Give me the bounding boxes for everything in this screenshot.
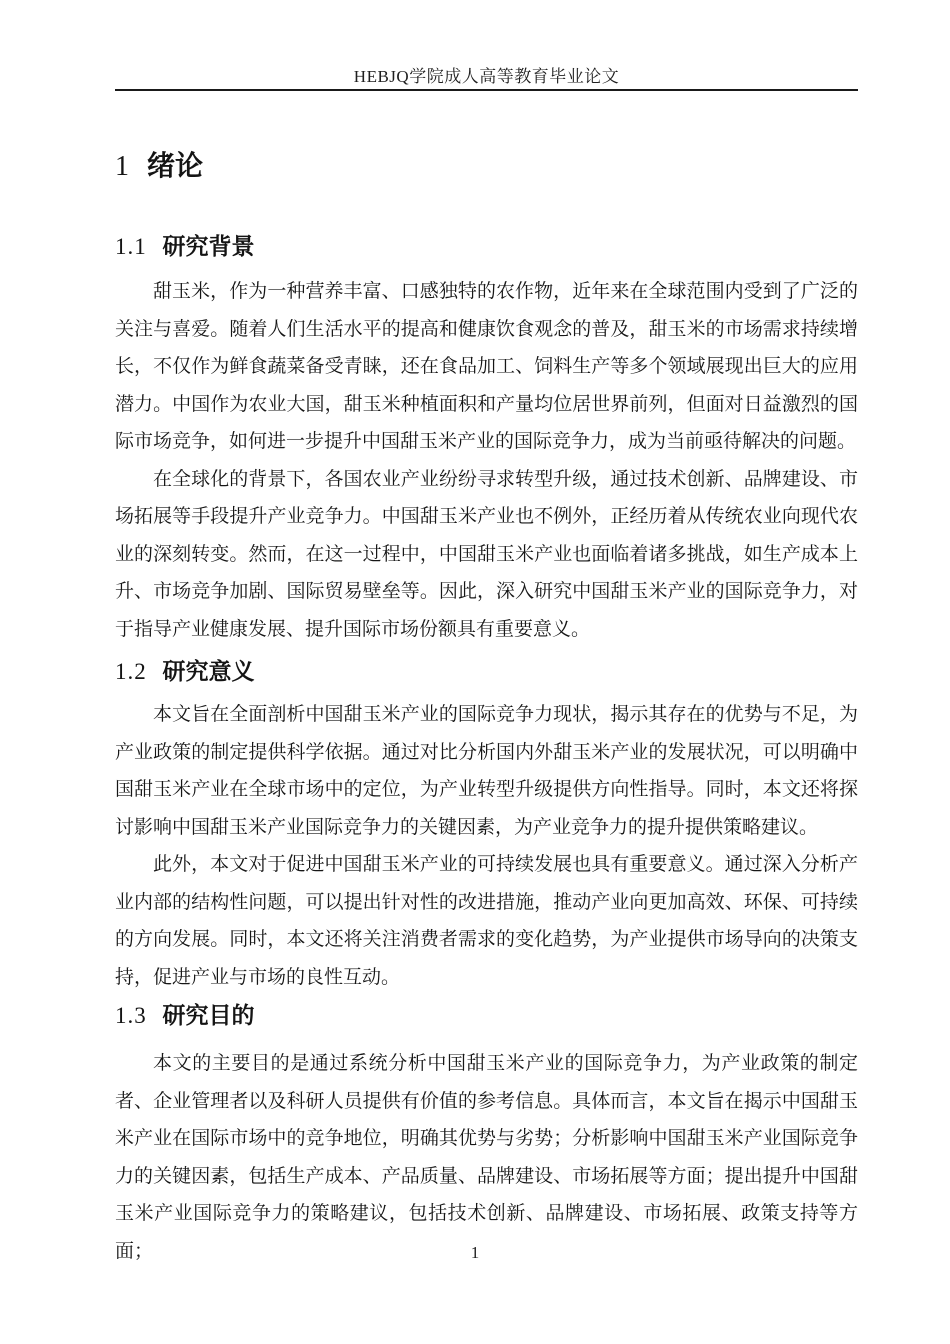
header-title: HEBJQ学院成人高等教育毕业论文 [354,67,619,86]
section-title: 研究背景 [163,233,255,259]
section-heading-research-background: 1.1 研究背景 [115,231,858,262]
page-footer: 1 [0,1243,950,1263]
section-heading-research-purpose: 1.3 研究目的 [115,1000,858,1031]
section-number: 1.3 [115,1003,147,1028]
header-rule [115,89,858,91]
paragraph: 在全球化的背景下，各国农业产业纷纷寻求转型升级，通过技术创新、品牌建设、市场拓展… [115,461,858,649]
chapter-title: 绪论 [147,150,203,181]
section-heading-research-significance: 1.2 研究意义 [115,656,858,687]
paragraph: 本文旨在全面剖析中国甜玉米产业的国际竞争力现状，揭示其存在的优势与不足，为产业政… [115,696,858,846]
chapter-heading: 1 绪论 [115,147,858,186]
paragraph: 此外，本文对于促进中国甜玉米产业的可持续发展也具有重要意义。通过深入分析产业内部… [115,846,858,996]
section-number: 1.2 [115,659,147,684]
page-number: 1 [471,1243,480,1262]
chapter-number: 1 [115,151,130,182]
document-page: HEBJQ学院成人高等教育毕业论文 1 绪论 1.1 研究背景 甜玉米，作为一种… [0,0,950,1344]
page-header: HEBJQ学院成人高等教育毕业论文 [115,0,858,87]
page-content: HEBJQ学院成人高等教育毕业论文 1 绪论 1.1 研究背景 甜玉米，作为一种… [115,0,858,1270]
section-number: 1.1 [115,234,147,259]
section-title: 研究意义 [163,658,255,684]
section-title: 研究目的 [163,1002,255,1028]
paragraph: 甜玉米，作为一种营养丰富、口感独特的农作物，近年来在全球范围内受到了广泛的关注与… [115,273,858,461]
paragraph: 本文的主要目的是通过系统分析中国甜玉米产业的国际竞争力，为产业政策的制定者、企业… [115,1045,858,1270]
